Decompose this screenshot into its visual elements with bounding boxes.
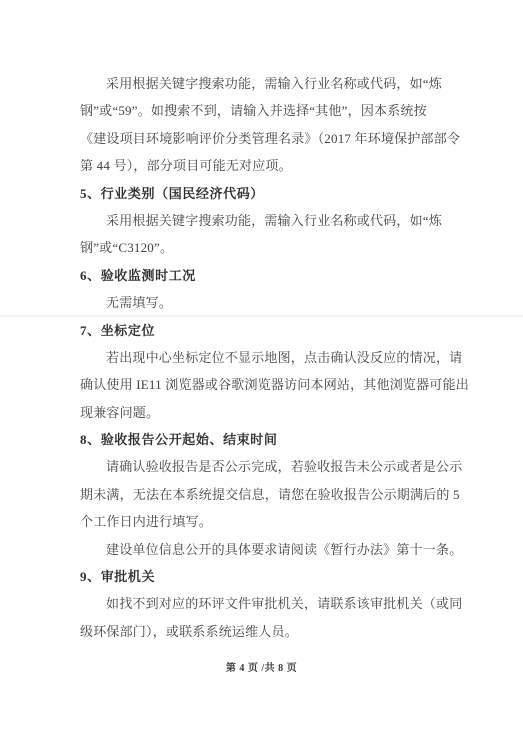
- document-page-content: 采用根据关键字搜索功能，需输入行业名称或代码，如“炼 钢”或“59”。如搜索不到…: [80, 70, 442, 645]
- page-number-footer: 第 4 页 /共 8 页: [0, 659, 523, 674]
- paragraph-line: 个工作日内进行填写。: [80, 508, 442, 535]
- paragraph-line: 建设单位信息公开的具体要求请阅读《暂行办法》第十一条。: [80, 536, 442, 563]
- paragraph-line: 采用根据关键字搜索功能，需输入行业名称或代码，如“炼: [80, 70, 442, 97]
- paragraph-line: 现兼容问题。: [80, 399, 442, 426]
- section-heading-9: 9、审批机关: [80, 563, 442, 590]
- paragraph-line: 若出现中心坐标定位不显示地图，点击确认没反应的情况，请: [80, 344, 442, 371]
- paragraph-line: 钢”或“59”。如搜索不到，请输入并选择“其他”，因本系统按: [80, 97, 442, 124]
- page-seam-divider: [0, 315, 523, 317]
- paragraph-line: 钢”或“C3120”。: [80, 234, 442, 261]
- paragraph-line: 如找不到对应的环评文件审批机关，请联系该审批机关（或同: [80, 590, 442, 617]
- paragraph-line: 请确认验收报告是否公示完成，若验收报告未公示或者是公示: [80, 453, 442, 480]
- paragraph-line: 期未满，无法在本系统提交信息，请您在验收报告公示期满后的 5: [80, 481, 442, 508]
- paragraph-line: 无需填写。: [80, 289, 442, 316]
- paragraph-line: 确认使用 IE11 浏览器或谷歌浏览器访问本网站，其他浏览器可能出: [80, 371, 442, 398]
- section-heading-8: 8、验收报告公开起始、结束时间: [80, 426, 442, 453]
- section-heading-5: 5、行业类别（国民经济代码）: [80, 180, 442, 207]
- paragraph-line: 《建设项目环境影响评价分类管理名录》（2017 年环境保护部部令: [80, 125, 442, 152]
- section-heading-7: 7、坐标定位: [80, 317, 442, 344]
- section-heading-6: 6、验收监测时工况: [80, 262, 442, 289]
- paragraph-line: 级环保部门），或联系系统运维人员。: [80, 618, 442, 645]
- paragraph-line: 第 44 号），部分项目可能无对应项。: [80, 152, 442, 179]
- paragraph-line: 采用根据关键字搜索功能，需输入行业名称或代码，如“炼: [80, 207, 442, 234]
